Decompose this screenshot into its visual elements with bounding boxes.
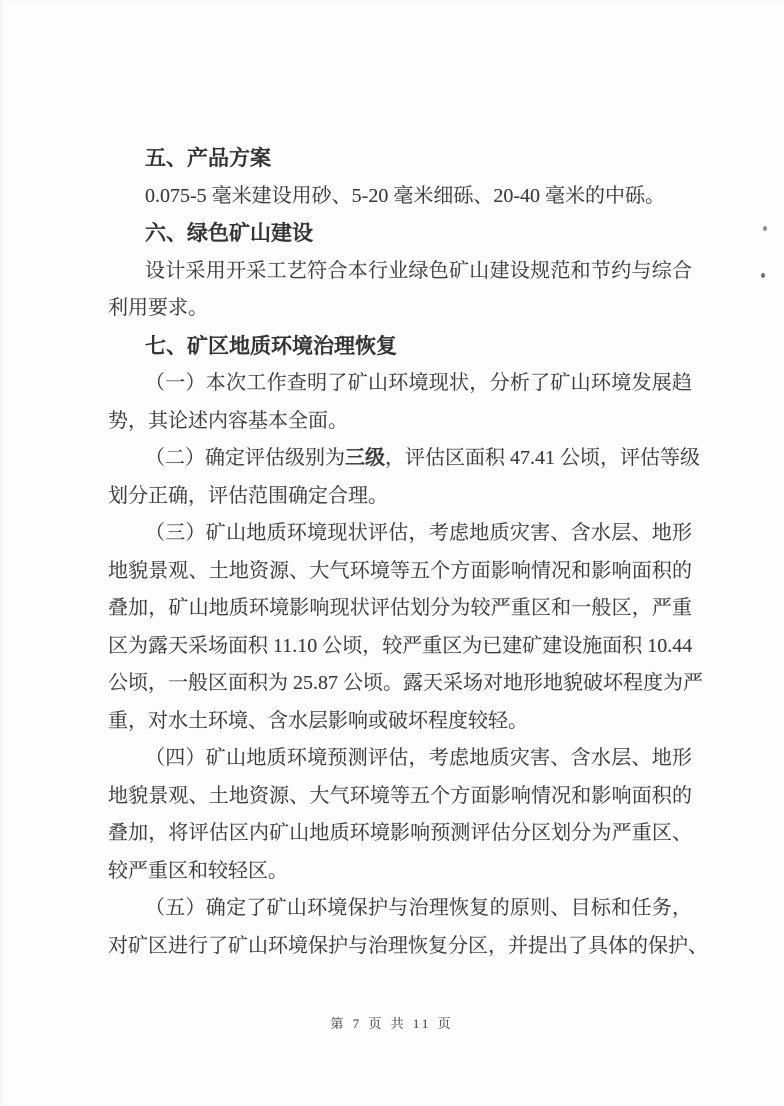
page-footer: 第 7 页 共 11 页 bbox=[0, 1013, 784, 1032]
text-line: 叠加，矿山地质环境影响现状评估划分为较严重区和一般区，严重 bbox=[108, 590, 692, 628]
text-line: 叠加，将评估区内矿山地质环境影响预测评估分区划分为严重区、 bbox=[108, 815, 692, 853]
heading-line: 六、绿色矿山建设 bbox=[108, 215, 692, 253]
text-line: 公顷，一般区面积为 25.87 公顷。露天采场对地形地貌破坏程度为严 bbox=[108, 665, 692, 703]
text-block: 五、产品方案0.075-5 毫米建设用砂、5-20 毫米细砾、20-40 毫米的… bbox=[108, 140, 692, 965]
text-line: 较严重区和较轻区。 bbox=[108, 853, 692, 891]
text-line: 地貌景观、土地资源、大气环境等五个方面影响情况和影响面积的 bbox=[108, 553, 692, 591]
text-line: 划分正确，评估范围确定合理。 bbox=[108, 478, 692, 516]
text-line: （二）确定评估级别为三级，评估区面积 47.41 公顷，评估等级 bbox=[108, 440, 692, 478]
text-line: （四）矿山地质环境预测评估，考虑地质灾害、含水层、地形 bbox=[108, 740, 692, 778]
text-line: 0.075-5 毫米建设用砂、5-20 毫米细砾、20-40 毫米的中砾。 bbox=[108, 178, 692, 216]
text-line: （一）本次工作查明了矿山环境现状，分析了矿山环境发展趋 bbox=[108, 365, 692, 403]
scan-speck bbox=[763, 226, 767, 231]
text-line: 势，其论述内容基本全面。 bbox=[108, 403, 692, 441]
heading-line: 七、矿区地质环境治理恢复 bbox=[108, 328, 692, 366]
document-page: 五、产品方案0.075-5 毫米建设用砂、5-20 毫米细砾、20-40 毫米的… bbox=[0, 0, 784, 1106]
text-line: （三）矿山地质环境现状评估，考虑地质灾害、含水层、地形 bbox=[108, 515, 692, 553]
text-line: 重，对水土环境、含水层影响或破坏程度较轻。 bbox=[108, 703, 692, 741]
heading-line: 五、产品方案 bbox=[108, 140, 692, 178]
text-line: 利用要求。 bbox=[108, 290, 692, 328]
scan-speck bbox=[761, 273, 765, 278]
text-line: （五）确定了矿山环境保护与治理恢复的原则、目标和任务， bbox=[108, 890, 692, 928]
text-line: 地貌景观、土地资源、大气环境等五个方面影响情况和影响面积的 bbox=[108, 778, 692, 816]
text-line: 区为露天采场面积 11.10 公顷，较严重区为已建矿建设施面积 10.44 bbox=[108, 628, 692, 666]
text-line: 对矿区进行了矿山环境保护与治理恢复分区，并提出了具体的保护、 bbox=[108, 928, 692, 966]
page-number-indicator: 第 7 页 共 11 页 bbox=[330, 1016, 453, 1031]
text-line: 设计采用开采工艺符合本行业绿色矿山建设规范和节约与综合 bbox=[108, 253, 692, 291]
